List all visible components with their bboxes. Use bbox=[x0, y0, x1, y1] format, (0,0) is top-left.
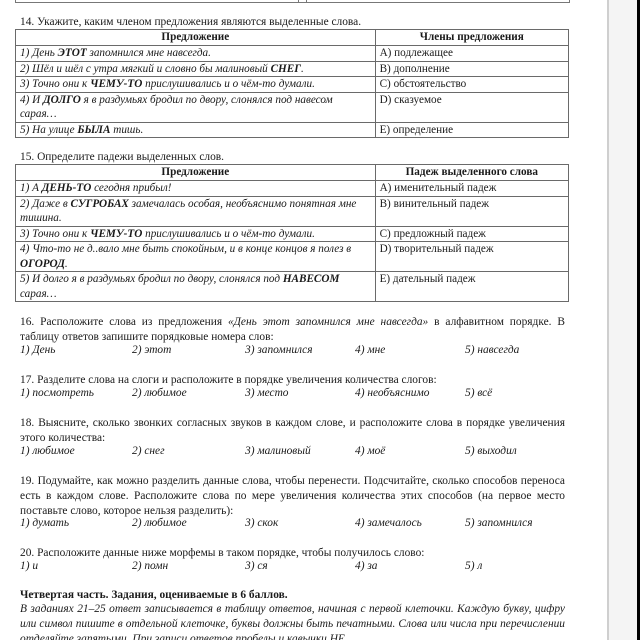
option: 1) День bbox=[20, 344, 55, 356]
viewer-side-panel bbox=[607, 0, 637, 640]
option: 2) снег bbox=[132, 445, 165, 457]
option: 3) ся bbox=[245, 560, 268, 572]
table-row: 2) Даже в СУГРОБАХ замечалась особая, не… bbox=[16, 196, 569, 226]
option: 5) л bbox=[465, 560, 482, 572]
option: 3) малиновый bbox=[245, 445, 311, 457]
option: 5) навсегда bbox=[465, 344, 519, 356]
document-page: 14. Укажите, каким членом предложения яв… bbox=[0, 0, 607, 640]
option: 3) место bbox=[245, 387, 289, 399]
task-17-options: 1) посмотреть 2) любимое 3) место 4) нео… bbox=[20, 387, 580, 402]
task-16-text: 16. Расположите слова из предложения «Де… bbox=[20, 315, 565, 345]
table-row: 4) Что-то не д..вало мне быть спокойным,… bbox=[16, 242, 569, 272]
task-15-table: Предложение Падеж выделенного слова 1) А… bbox=[15, 164, 569, 302]
table-row: 3) Точно они к ЧЕМУ-ТО прислушивались и … bbox=[16, 77, 569, 93]
task-20-options: 1) и 2) помн 3) ся 4) за 5) л bbox=[20, 560, 580, 575]
table-header: Предложение bbox=[16, 30, 376, 46]
task-19-text: 19. Подумайте, как можно разделить данны… bbox=[20, 474, 565, 519]
table-row: 2) Шёл и шёл с утра мягкий и словно бы м… bbox=[16, 61, 569, 77]
option: 2) помн bbox=[132, 560, 168, 572]
table-header: Предложение bbox=[16, 165, 376, 181]
table-row: 3) Точно они к ЧЕМУ-ТО прислушивались и … bbox=[16, 226, 569, 242]
table-row: 4) И ДОЛГО я в раздумьях бродил по двору… bbox=[16, 92, 569, 122]
option: 1) любимое bbox=[20, 445, 75, 457]
part-4-heading: Четвертая часть. Задания, оцениваемые в … bbox=[20, 588, 288, 602]
option: 4) необъяснимо bbox=[355, 387, 429, 399]
task-17-text: 17. Разделите слова на слоги и расположи… bbox=[20, 373, 565, 388]
option: 4) замечалось bbox=[355, 517, 422, 529]
option: 4) за bbox=[355, 560, 377, 572]
part-4-instructions: В заданиях 21–25 ответ записывается в та… bbox=[20, 602, 565, 640]
option: 4) моё bbox=[355, 445, 385, 457]
option: 5) всё bbox=[465, 387, 492, 399]
table-row: 1) А ДЕНЬ-ТО сегодня прибыл! A) именител… bbox=[16, 181, 569, 197]
table-row: 5) И долго я в раздумьях бродил по двору… bbox=[16, 272, 569, 302]
option: 4) мне bbox=[355, 344, 385, 356]
task-14-table: Предложение Члены предложения 1) День ЭТ… bbox=[15, 29, 569, 138]
task-18-options: 1) любимое 2) снег 3) малиновый 4) моё 5… bbox=[20, 445, 580, 460]
table-header: Члены предложения bbox=[375, 30, 568, 46]
task-15-title: 15. Определите падежи выделенных слов. bbox=[20, 150, 224, 164]
option: 1) и bbox=[20, 560, 38, 572]
option: 2) этот bbox=[132, 344, 171, 356]
option: 5) выходил bbox=[465, 445, 517, 457]
task-20-text: 20. Расположите данные ниже морфемы в та… bbox=[20, 546, 565, 561]
task-14-title: 14. Укажите, каким членом предложения яв… bbox=[20, 15, 361, 29]
task-16-options: 1) День 2) этот 3) запомнился 4) мне 5) … bbox=[20, 344, 580, 359]
option: 3) запомнился bbox=[245, 344, 313, 356]
option: 5) запомнился bbox=[465, 517, 533, 529]
option: 2) любимое bbox=[132, 387, 187, 399]
option: 3) скок bbox=[245, 517, 278, 529]
option: 2) любимое bbox=[132, 517, 187, 529]
task-19-options: 1) думать 2) любимое 3) скок 4) замечало… bbox=[20, 517, 580, 532]
previous-table-bottom-border bbox=[15, 0, 570, 3]
table-row: 5) На улице БЫЛА тишь. E) определение bbox=[16, 122, 569, 138]
task-18-text: 18. Выясните, сколько звонких согласных … bbox=[20, 416, 565, 446]
option: 1) посмотреть bbox=[20, 387, 94, 399]
option: 1) думать bbox=[20, 517, 69, 529]
table-row: 1) День ЭТОТ запомнился мне навсегда. A)… bbox=[16, 46, 569, 62]
table-header: Падеж выделенного слова bbox=[375, 165, 568, 181]
